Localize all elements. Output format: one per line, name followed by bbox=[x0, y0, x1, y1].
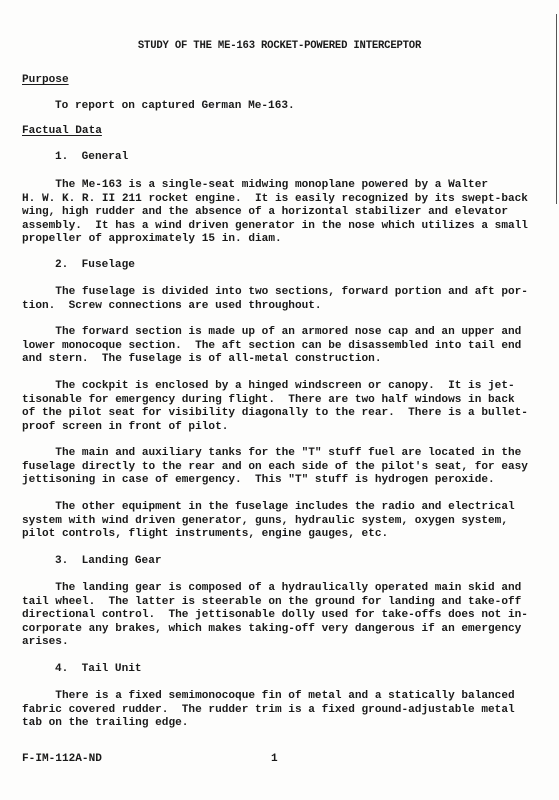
paragraph-tail-unit: There is a fixed semimonocoque fin of me… bbox=[22, 690, 515, 731]
paragraph-fuselage-3: The cockpit is enclosed by a hinged wind… bbox=[22, 380, 528, 434]
section-heading-factual-data: Factual Data bbox=[22, 125, 102, 138]
paragraph-general: The Me-163 is a single-seat midwing mono… bbox=[22, 179, 528, 247]
paragraph-fuselage-5: The other equipment in the fuselage incl… bbox=[22, 501, 515, 542]
subsection-heading-tail-unit: 4. Tail Unit bbox=[55, 663, 142, 676]
document-page: STUDY OF THE ME-163 ROCKET-POWERED INTER… bbox=[0, 0, 559, 800]
paragraph-fuselage-1: The fuselage is divided into two section… bbox=[22, 286, 528, 313]
paragraph-fuselage-2: The forward section is made up of an arm… bbox=[22, 326, 521, 367]
footer-document-id: F-IM-112A-ND bbox=[22, 753, 102, 766]
section-heading-purpose: Purpose bbox=[22, 74, 69, 87]
footer-page-number: 1 bbox=[271, 753, 278, 766]
paragraph-landing-gear: The landing gear is composed of a hydrau… bbox=[22, 582, 528, 650]
document-title: STUDY OF THE ME-163 ROCKET-POWERED INTER… bbox=[0, 40, 559, 53]
paragraph-fuselage-4: The main and auxiliary tanks for the "T"… bbox=[22, 447, 528, 488]
subsection-heading-general: 1. General bbox=[55, 151, 128, 164]
purpose-text: To report on captured German Me-163. bbox=[55, 100, 295, 113]
subsection-heading-fuselage: 2. Fuselage bbox=[55, 259, 135, 272]
subsection-heading-landing-gear: 3. Landing Gear bbox=[55, 555, 162, 568]
